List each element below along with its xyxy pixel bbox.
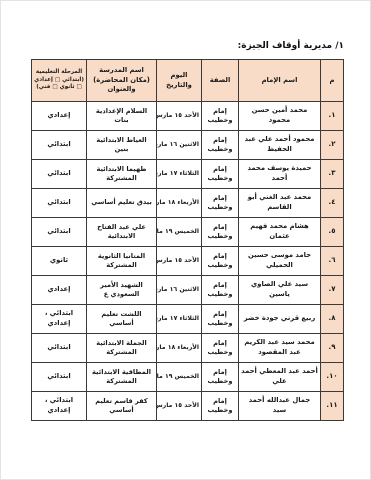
stage-cell: ابتدائي xyxy=(32,218,87,247)
role-cell: إمام وخطيب xyxy=(202,334,239,363)
role-cell: إمام وخطيب xyxy=(202,189,239,218)
header-role: الصفة xyxy=(202,60,239,102)
role-cell: إمام وخطيب xyxy=(202,363,239,392)
stage-cell: ابتدائي xyxy=(32,160,87,189)
date-cell: الأحد ١٥ مارس xyxy=(157,247,202,276)
school-cell: الجملة الابتدائية المشتركة xyxy=(87,334,157,363)
row-number-cell: .٢ xyxy=(321,131,344,160)
date-cell: الخميس ١٩ مارس xyxy=(157,363,202,392)
table-row: .١٠ أحمد عبد المعطي أحمد علي إمام وخطيب … xyxy=(32,363,344,392)
imam-name-cell: هشام محمد فهيم عثمان xyxy=(239,218,321,247)
table-row: .٧ سيد علي الصاوي ياسين إمام وخطيب الاثن… xyxy=(32,276,344,305)
role-cell: إمام وخطيب xyxy=(202,247,239,276)
stage-cell: إعدادي xyxy=(32,102,87,131)
document-page: { "page": { "title": "١/ مديرية أوقاف ال… xyxy=(0,0,371,480)
date-cell: الثلاثاء ١٧ مارس xyxy=(157,305,202,334)
table-row: .٢ محمود أحمد علي عبد الحفيظ إمام وخطيب … xyxy=(32,131,344,160)
table-row: .٣ حميدة يوسف محمد أحمد إمام وخطيب الثلا… xyxy=(32,160,344,189)
table-row: .٤ محمد عبد الغني أبو القاسم إمام وخطيب … xyxy=(32,189,344,218)
date-cell: الخميس ١٩ مارس xyxy=(157,218,202,247)
stage-cell: ثانوي xyxy=(32,247,87,276)
role-cell: إمام وخطيب xyxy=(202,131,239,160)
imam-name-cell: محمد عبد الغني أبو القاسم xyxy=(239,189,321,218)
role-cell: إمام وخطيب xyxy=(202,392,239,421)
date-cell: الثلاثاء ١٧ مارس xyxy=(157,160,202,189)
table-row: .٨ ربيع قرني جودة خضر إمام وخطيب الثلاثا… xyxy=(32,305,344,334)
header-number: م xyxy=(321,60,344,102)
imam-name-cell: سيد علي الصاوي ياسين xyxy=(239,276,321,305)
role-cell: إمام وخطيب xyxy=(202,102,239,131)
table-row: .٩ محمد سيد عبد الكريم عبد المقصود إمام … xyxy=(32,334,344,363)
imam-name-cell: حامد موسى حسين الحميلي xyxy=(239,247,321,276)
table-row: .١ محمد أمين حسن محمود إمام وخطيب الأحد … xyxy=(32,102,344,131)
date-cell: الأربعاء ١٨ مارس xyxy=(157,334,202,363)
school-cell: اللشت تعليم أساسي xyxy=(87,305,157,334)
date-cell: الأحد ١٥ مارس xyxy=(157,392,202,421)
row-number-cell: .٣ xyxy=(321,160,344,189)
imam-name-cell: جمال عبدالله أحمد سيد xyxy=(239,392,321,421)
school-cell: بيدق تعليم أساسي xyxy=(87,189,157,218)
imam-name-cell: حميدة يوسف محمد أحمد xyxy=(239,160,321,189)
row-number-cell: .٦ xyxy=(321,247,344,276)
table-row: .١١ جمال عبدالله أحمد سيد إمام وخطيب الأ… xyxy=(32,392,344,421)
school-cell: المطاقية الابتدائية المشتركة xyxy=(87,363,157,392)
date-cell: الاثنين ١٦ مارس xyxy=(157,131,202,160)
school-cell: طهيما الابتدائية المشتركة xyxy=(87,160,157,189)
row-number-cell: .١ xyxy=(321,102,344,131)
date-cell: الأربعاء ١٨ مارس xyxy=(157,189,202,218)
stage-cell: ابتدائي xyxy=(32,363,87,392)
table-row: .٦ حامد موسى حسين الحميلي إمام وخطيب الأ… xyxy=(32,247,344,276)
header-school-name: اسم المدرسة (مكان المحاضرة) والعنوان xyxy=(87,60,157,102)
header-row: م اسم الإمام الصفة اليوم والتاريخ اسم ال… xyxy=(32,60,344,102)
school-cell: العياط الابتدائية بنين xyxy=(87,131,157,160)
school-cell: الشهيد الأمير السعودي ع xyxy=(87,276,157,305)
imam-name-cell: محمد أمين حسن محمود xyxy=(239,102,321,131)
row-number-cell: .٥ xyxy=(321,218,344,247)
header-day-date: اليوم والتاريخ xyxy=(157,60,202,102)
role-cell: إمام وخطيب xyxy=(202,305,239,334)
row-number-cell: .٨ xyxy=(321,305,344,334)
imam-name-cell: محمد سيد عبد الكريم عبد المقصود xyxy=(239,334,321,363)
imam-name-cell: أحمد عبد المعطي أحمد علي xyxy=(239,363,321,392)
school-cell: علي عبد الفتاح الابتدائية xyxy=(87,218,157,247)
stage-cell: ابتدائي xyxy=(32,131,87,160)
school-cell: كفر قاسم تعليم أساسي xyxy=(87,392,157,421)
imam-name-cell: محمود أحمد علي عبد الحفيظ xyxy=(239,131,321,160)
role-cell: إمام وخطيب xyxy=(202,218,239,247)
header-imam-name: اسم الإمام xyxy=(239,60,321,102)
stage-cell: ابتدائي ، إعدادي xyxy=(32,392,87,421)
stage-cell: ابتدائي xyxy=(32,189,87,218)
row-number-cell: .١١ xyxy=(321,392,344,421)
imam-name-cell: ربيع قرني جودة خضر xyxy=(239,305,321,334)
stage-cell: ابتدائي xyxy=(32,334,87,363)
school-cell: المتانيا الثانوية المشتركة xyxy=(87,247,157,276)
school-cell: السلام الإعدادية بنات xyxy=(87,102,157,131)
row-number-cell: .٩ xyxy=(321,334,344,363)
header-stage: المرحلة التعليمية (ابتدائي □ إعدادي □ ثا… xyxy=(32,60,87,102)
role-cell: إمام وخطيب xyxy=(202,276,239,305)
table-body: .١ محمد أمين حسن محمود إمام وخطيب الأحد … xyxy=(32,102,344,421)
table-row: .٥ هشام محمد فهيم عثمان إمام وخطيب الخمي… xyxy=(32,218,344,247)
row-number-cell: .٤ xyxy=(321,189,344,218)
row-number-cell: .١٠ xyxy=(321,363,344,392)
stage-cell: إعدادي xyxy=(32,276,87,305)
stage-cell: ابتدائي ، إعدادي xyxy=(32,305,87,334)
role-cell: إمام وخطيب xyxy=(202,160,239,189)
row-number-cell: .٧ xyxy=(321,276,344,305)
table-header: م اسم الإمام الصفة اليوم والتاريخ اسم ال… xyxy=(32,60,344,102)
date-cell: الأحد ١٥ مارس xyxy=(157,102,202,131)
imams-schedule-table: م اسم الإمام الصفة اليوم والتاريخ اسم ال… xyxy=(31,59,344,421)
date-cell: الاثنين ١٦ مارس xyxy=(157,276,202,305)
page-title: ١/ مديرية أوقاف الجيزة: xyxy=(238,41,344,51)
